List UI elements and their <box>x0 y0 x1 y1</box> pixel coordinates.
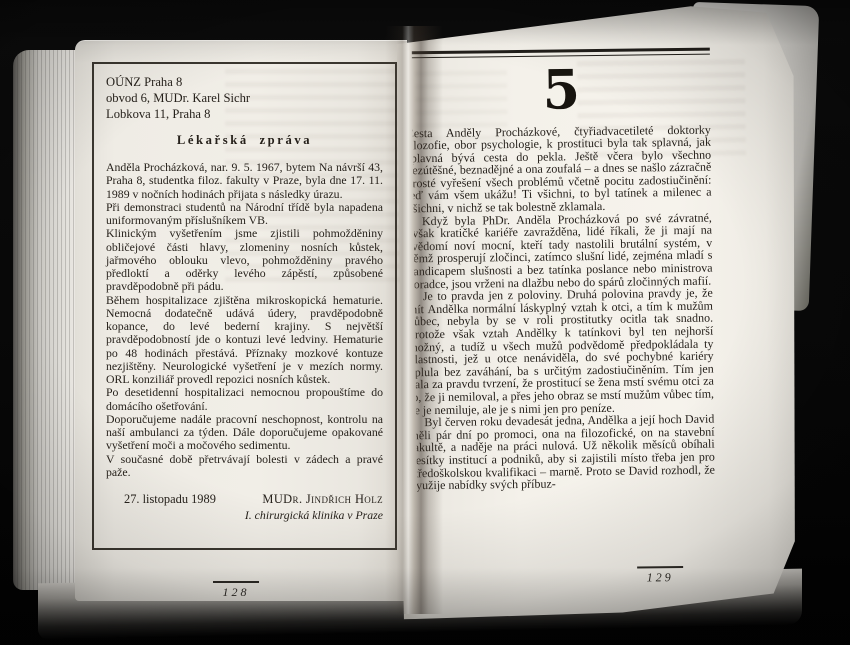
right-page: 5 Cesta Anděly Procházkové, čtyřiadvacet… <box>396 3 801 620</box>
medical-report-box: OÚNZ Praha 8 obvod 6, MUDr. Karel Sichr … <box>92 62 397 550</box>
address-line: Lobkova 11, Praha 8 <box>106 106 383 122</box>
report-signature-name: MUDr. Jindřich Holz <box>262 492 383 507</box>
report-paragraph: Doporučujeme nadále pracovní neschopnost… <box>106 413 383 453</box>
report-heading: Lékařská zpráva <box>106 133 383 148</box>
report-paragraph: Po desetidenní hospitalizaci nemocnou pr… <box>106 386 383 413</box>
address-line: obvod 6, MUDr. Karel Sichr <box>106 90 383 106</box>
page-edges-left <box>13 50 77 590</box>
chapter-column: 5 Cesta Anděly Procházkové, čtyřiadvacet… <box>412 48 715 492</box>
report-paragraph: Během hospitalizace zjištěna mikroskopic… <box>106 294 383 387</box>
report-signature-row: 27. listopadu 1989 MUDr. Jindřich Holz <box>106 492 383 507</box>
chapter-number: 5 <box>412 58 711 120</box>
address-line: OÚNZ Praha 8 <box>106 74 383 90</box>
chapter-paragraph: Cesta Anděly Procházkové, čtyřiadvacetil… <box>413 123 712 215</box>
left-page: OÚNZ Praha 8 obvod 6, MUDr. Karel Sichr … <box>75 40 407 601</box>
page-number-right: 129 <box>637 566 683 586</box>
report-paragraph: V současné době přetrvávají bolesti v zá… <box>106 453 383 480</box>
book-photo: OÚNZ Praha 8 obvod 6, MUDr. Karel Sichr … <box>0 0 850 645</box>
chapter-paragraph: Když byla PhDr. Anděla Procházková po sv… <box>413 211 713 290</box>
chapter-paragraph: Je to pravda jen z poloviny. Druhá polov… <box>413 287 715 417</box>
report-paragraph: Při demonstraci studentů na Národní tříd… <box>106 201 383 228</box>
report-paragraph: Anděla Procházková, nar. 9. 5. 1967, byt… <box>106 161 383 201</box>
report-address: OÚNZ Praha 8 obvod 6, MUDr. Karel Sichr … <box>106 74 383 122</box>
report-date: 27. listopadu 1989 <box>124 492 216 507</box>
report-paragraph: Klinickým vyšetřením jsme zjistili pohmo… <box>106 227 383 293</box>
chapter-paragraph: Byl červen roku devadesát jedna, Andělka… <box>413 413 715 492</box>
chapter-head-rule <box>412 48 710 58</box>
page-number-left: 128 <box>213 581 259 600</box>
report-signature-title: I. chirurgická klinika v Praze <box>106 508 383 523</box>
chapter-text: Cesta Anděly Procházkové, čtyřiadvacetil… <box>413 123 715 492</box>
